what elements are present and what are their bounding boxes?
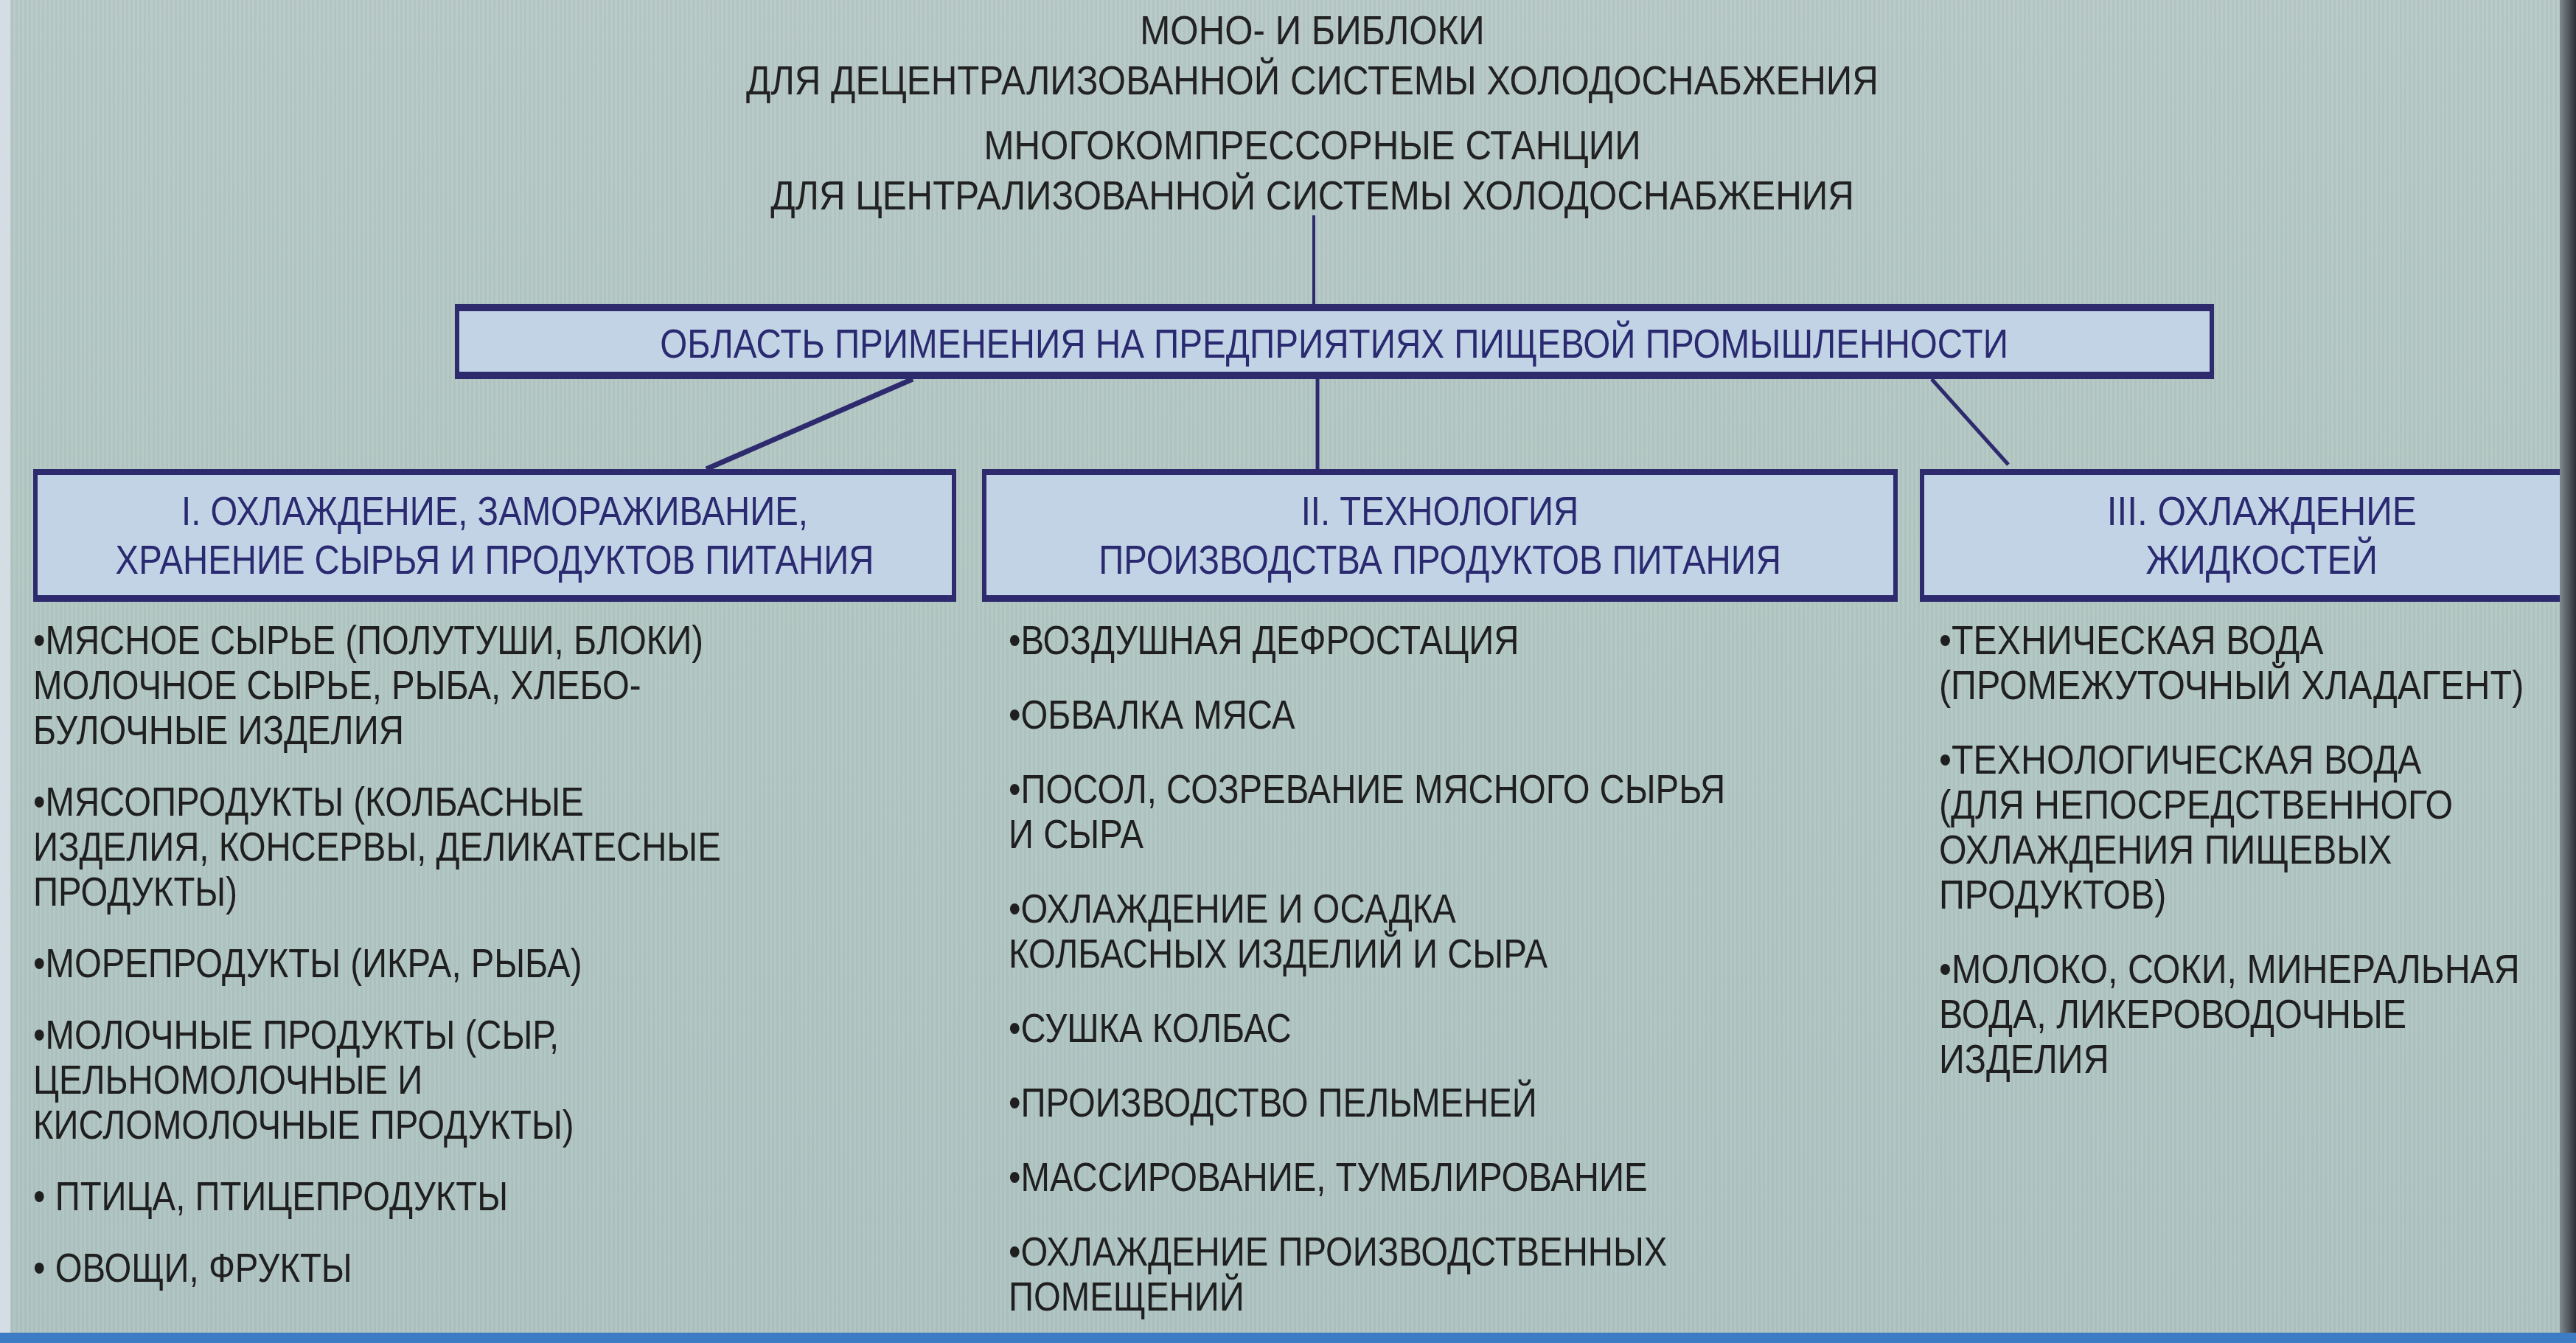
connector-right [1932, 379, 2008, 465]
list-item: • ОВОЩИ, ФРУКТЫ [33, 1246, 984, 1291]
list-item: •МОЛОЧНЫЕ ПРОДУКТЫ (СЫР, ЦЕЛЬНОМОЛОЧНЫЕ … [33, 1013, 984, 1148]
page-right-edge [2560, 0, 2576, 1343]
list-item: •МАССИРОВАНИЕ, ТУМБЛИРОВАНИЕ [1009, 1155, 1960, 1200]
list-item: •ПОСОЛ, СОЗРЕВАНИЕ МЯСНОГО СЫРЬЯ И СЫРА [1009, 767, 1960, 857]
bottom-accent-bar [0, 1333, 2576, 1343]
list-item: •ПРОИЗВОДСТВО ПЕЛЬМЕНЕЙ [1009, 1080, 1960, 1125]
list-item: • ПТИЦА, ПТИЦЕПРОДУКТЫ [33, 1174, 984, 1219]
category-title-line: III. ОХЛАЖДЕНИЕ [1965, 487, 2558, 535]
list-item: •ТЕХНИЧЕСКАЯ ВОДА (ПРОМЕЖУТОЧНЫЙ ХЛАДАГЕ… [1939, 618, 2576, 708]
application-area-label: ОБЛАСТЬ ПРИМЕНЕНИЯ НА ПРЕДПРИЯТИЯХ ПИЩЕВ… [661, 311, 2009, 376]
connector-left [706, 379, 913, 469]
category-title-line: II. ТЕХНОЛОГИЯ [1050, 487, 1830, 535]
category-box-production-technology: II. ТЕХНОЛОГИЯ ПРОИЗВОДСТВА ПРОДУКТОВ ПИ… [982, 469, 1898, 602]
list-liquid-cooling: •ТЕХНИЧЕСКАЯ ВОДА (ПРОМЕЖУТОЧНЫЙ ХЛАДАГЕ… [1939, 618, 2576, 1111]
list-item: •МОЛОКО, СОКИ, МИНЕРАЛЬНАЯ ВОДА, ЛИКЕРОВ… [1939, 947, 2576, 1082]
list-item: •МЯСОПРОДУКТЫ (КОЛБАСНЫЕ ИЗДЕЛИЯ, КОНСЕР… [33, 780, 984, 915]
application-area-box: ОБЛАСТЬ ПРИМЕНЕНИЯ НА ПРЕДПРИЯТИЯХ ПИЩЕВ… [455, 304, 2214, 379]
list-item: •МОРЕПРОДУКТЫ (ИКРА, РЫБА) [33, 941, 984, 986]
category-box-liquid-cooling: III. ОХЛАЖДЕНИЕ ЖИДКОСТЕЙ [1920, 469, 2576, 602]
list-item: •МЯСНОЕ СЫРЬЕ (ПОЛУТУШИ, БЛОКИ) МОЛОЧНОЕ… [33, 618, 984, 753]
list-item: •ОХЛАЖДЕНИЕ И ОСАДКА КОЛБАСНЫХ ИЗДЕЛИЙ И… [1009, 886, 1960, 976]
list-item: •ТЕХНОЛОГИЧЕСКАЯ ВОДА (ДЛЯ НЕПОСРЕДСТВЕН… [1939, 738, 2576, 917]
list-item: •СУШКА КОЛБАС [1009, 1006, 1960, 1051]
category-title-line: ПРОИЗВОДСТВА ПРОДУКТОВ ПИТАНИЯ [1050, 535, 1830, 584]
list-item: •ОБВАЛКА МЯСА [1009, 693, 1960, 738]
category-title-line: ХРАНЕНИЕ СЫРЬЯ И ПРОДУКТОВ ПИТАНИЯ [102, 535, 888, 584]
list-item: •ВОЗДУШНАЯ ДЕФРОСТАЦИЯ [1009, 618, 1960, 663]
category-title-line: ЖИДКОСТЕЙ [1965, 535, 2558, 584]
list-item: •ОХЛАЖДЕНИЕ ПРОИЗВОДСТВЕННЫХ ПОМЕЩЕНИЙ [1009, 1229, 1960, 1319]
category-title-line: I. ОХЛАЖДЕНИЕ, ЗАМОРАЖИВАНИЕ, [102, 487, 888, 535]
list-cooling-storage: •МЯСНОЕ СЫРЬЕ (ПОЛУТУШИ, БЛОКИ) МОЛОЧНОЕ… [33, 618, 1139, 1317]
category-box-cooling-storage: I. ОХЛАЖДЕНИЕ, ЗАМОРАЖИВАНИЕ, ХРАНЕНИЕ С… [33, 469, 956, 602]
